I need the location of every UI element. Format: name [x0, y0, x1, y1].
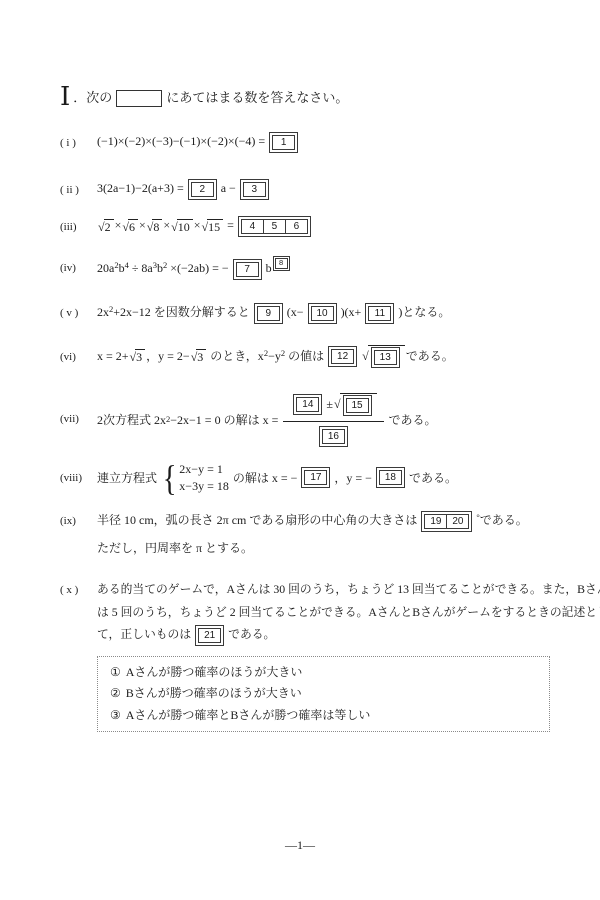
- problem-i-expr: (−1)×(−2)×(−3)−(−1)×(−2)×(−4) =: [97, 134, 265, 148]
- problem-ii: ( ii )3(2a−1)−2(a+3) =2a −3: [60, 179, 550, 200]
- answer-box-4-5-6: 456: [238, 216, 311, 237]
- option-3-text: Aさんが勝つ確率とBさんが勝つ確率は等しい: [126, 708, 371, 722]
- problem-iv-label: (iv): [60, 262, 97, 274]
- problem-iv-expr: b: [266, 261, 272, 275]
- problem-x-text: ある的当てのゲームで，Aさんは 30 回のうち，ちょうど 13 回当てることがで…: [97, 582, 600, 596]
- problem-ix-text: 半径 10 cm，弧の長さ 2π cm である扇形の中心角の大きさは: [97, 513, 417, 527]
- option-1: ①Aさんが勝つ確率のほうが大きい: [110, 662, 537, 684]
- problem-v-expr: )となる。: [398, 305, 450, 319]
- problem-x: ( x )ある的当てのゲームで，Aさんは 30 回のうち，ちょうど 13 回当て…: [60, 578, 550, 733]
- problem-iv: (iv)20a2b4 ÷ 8a3b2 ×(−2ab) = −7b8: [60, 256, 550, 280]
- problem-vi-expr: ，y = 2−: [146, 349, 190, 363]
- problem-x-label: ( x ): [60, 579, 97, 601]
- section-numeral: Ⅰ: [60, 82, 70, 111]
- options-box: ①Aさんが勝つ確率のほうが大きい ②Bさんが勝つ確率のほうが大きい ③Aさんが勝…: [97, 656, 550, 733]
- answer-box-15: 15: [343, 395, 372, 416]
- problem-i: ( i )(−1)×(−2)×(−3)−(−1)×(−2)×(−4) =1: [60, 132, 550, 153]
- problem-x-text: は 5 回のうち，ちょうど 2 回当てることができる。AさんとBさんがゲームをす…: [97, 605, 600, 619]
- problem-vi-expr: −y: [268, 349, 281, 363]
- answer-box-18: 18: [376, 467, 405, 488]
- problem-vii-expr: −2x−1 = 0 の解は x =: [170, 411, 278, 428]
- problem-v-label: ( v ): [60, 307, 97, 319]
- plus-minus-sign: ±: [326, 397, 333, 412]
- equation-1: 2x−y = 1: [179, 461, 229, 478]
- problem-vii-label: (vii): [60, 413, 97, 425]
- option-3-number: ③: [110, 708, 121, 722]
- answer-box-17: 17: [301, 467, 330, 488]
- answer-box-3: 3: [240, 179, 269, 200]
- answer-box-7: 7: [233, 259, 262, 280]
- times-sign: ×: [163, 218, 170, 232]
- option-2: ②Bさんが勝つ確率のほうが大きい: [110, 683, 537, 705]
- problem-ii-expr: 3(2a−1)−2(a+3) =: [97, 181, 184, 195]
- answer-box-19-20: 1920: [421, 511, 472, 532]
- sqrt-2: √2: [98, 219, 114, 235]
- fraction-numerator: 14±√15: [283, 392, 383, 422]
- brace-icon: {: [163, 460, 177, 496]
- problem-ix-text: である。: [480, 513, 528, 527]
- answer-box-9: 9: [254, 303, 283, 324]
- blank-answer-box: [116, 90, 162, 107]
- problem-v-expr: 2x: [97, 305, 109, 319]
- problem-viii: (viii)連立方程式{2x−y = 1x−3y = 18の解は x = −17…: [60, 460, 550, 496]
- problem-viii-text: である。: [409, 469, 457, 486]
- problem-vi-label: (vi): [60, 351, 97, 363]
- sqrt-10: √10: [171, 219, 193, 235]
- option-2-text: Bさんが勝つ確率のほうが大きい: [126, 686, 302, 700]
- page-number: —1—: [0, 838, 600, 853]
- problem-ii-label: ( ii ): [60, 184, 97, 196]
- answer-box-13: 13: [371, 347, 400, 368]
- answer-box-11: 11: [365, 303, 394, 324]
- sqrt-3: √3: [130, 349, 146, 365]
- answer-box-1: 1: [269, 132, 298, 153]
- answer-box-21: 21: [195, 625, 224, 646]
- sqrt-8: √8: [147, 219, 163, 235]
- problem-iv-expr: ×(−2ab) = −: [167, 261, 228, 275]
- times-sign: ×: [115, 218, 122, 232]
- problem-x-text: である。: [228, 627, 275, 641]
- problem-iv-expr: ÷ 8a: [129, 261, 153, 275]
- problem-vi-expr: の値は: [285, 349, 324, 363]
- problem-vii-expr: 2次方程式 2x: [97, 411, 166, 428]
- sqrt-15: √15: [202, 219, 224, 235]
- problem-iii-label: (iii): [60, 221, 97, 233]
- problem-v-expr: )(x+: [341, 305, 362, 319]
- problem-vii-expr: である。: [389, 411, 437, 428]
- sqrt-box-15: √15: [334, 393, 377, 417]
- sqrt-6: √6: [122, 219, 138, 235]
- answer-box-2: 2: [188, 179, 217, 200]
- problem-ii-mid: a −: [221, 181, 236, 195]
- problem-v: ( v )2x2+2x−12 を因数分解すると9(x−10)(x+11)となる。: [60, 303, 550, 324]
- problem-iv-expr: 20a: [97, 261, 114, 275]
- problem-vi-expr: である。: [406, 349, 454, 363]
- problem-ix-label: (ix): [60, 515, 97, 527]
- problem-vii: (vii)2次方程式 2x2−2x−1 = 0 の解は x =14±√1516で…: [60, 392, 550, 447]
- option-3: ③Aさんが勝つ確率とBさんが勝つ確率は等しい: [110, 705, 537, 727]
- times-sign: ×: [139, 218, 146, 232]
- answer-box-10: 10: [308, 303, 337, 324]
- problem-viii-text: 連立方程式: [97, 469, 157, 486]
- times-sign: ×: [194, 218, 201, 232]
- equals-sign: =: [227, 218, 234, 232]
- option-1-number: ①: [110, 665, 121, 679]
- problem-viii-text: の解は x = −: [233, 469, 298, 486]
- title-sep: ．: [73, 90, 86, 105]
- problem-vi: (vi)x = 2+√3，y = 2−√3 のとき，x2−y2 の値は12√13…: [60, 345, 550, 369]
- problem-v-expr: +2x−12 を因数分解すると: [113, 305, 250, 319]
- sqrt-3: √3: [191, 349, 207, 365]
- option-1-text: Aさんが勝つ確率のほうが大きい: [126, 665, 303, 679]
- problem-viii-text: ，y = −: [334, 469, 372, 486]
- problem-vi-expr: x = 2+: [97, 349, 129, 363]
- problem-v-expr: (x−: [287, 305, 304, 319]
- fraction-denominator: 16: [283, 422, 383, 447]
- title-pre: 次の: [86, 90, 112, 105]
- problem-vi-expr: のとき，x: [207, 349, 264, 363]
- answer-box-12: 12: [328, 346, 357, 367]
- sqrt-box-13: √13: [362, 345, 405, 369]
- problem-ix: (ix)半径 10 cm，弧の長さ 2π cm である扇形の中心角の大きさは19…: [60, 511, 550, 556]
- fraction: 14±√1516: [283, 392, 383, 447]
- problem-iii: (iii)√2×√6×√8×√10×√15 =456: [60, 216, 550, 237]
- answer-box-14: 14: [293, 394, 322, 415]
- title-post: にあてはまる数を答えなさい。: [166, 90, 348, 105]
- numeral-glyph: Ⅰ: [60, 82, 70, 111]
- section-title: Ⅰ．次のにあてはまる数を答えなさい。: [60, 84, 550, 110]
- equation-2: x−3y = 18: [179, 478, 229, 495]
- option-2-number: ②: [110, 686, 121, 700]
- exam-page: Ⅰ．次のにあてはまる数を答えなさい。 ( i )(−1)×(−2)×(−3)−(…: [0, 0, 600, 900]
- problem-ix-line2: ただし，円周率を π とする。: [60, 539, 550, 556]
- problem-i-label: ( i ): [60, 137, 97, 149]
- answer-box-16: 16: [319, 426, 348, 447]
- answer-box-8: 8: [273, 256, 290, 271]
- problem-x-text: て，正しいものは: [97, 627, 191, 641]
- equation-system: {2x−y = 1x−3y = 18: [161, 460, 229, 496]
- problem-viii-label: (viii): [60, 472, 97, 484]
